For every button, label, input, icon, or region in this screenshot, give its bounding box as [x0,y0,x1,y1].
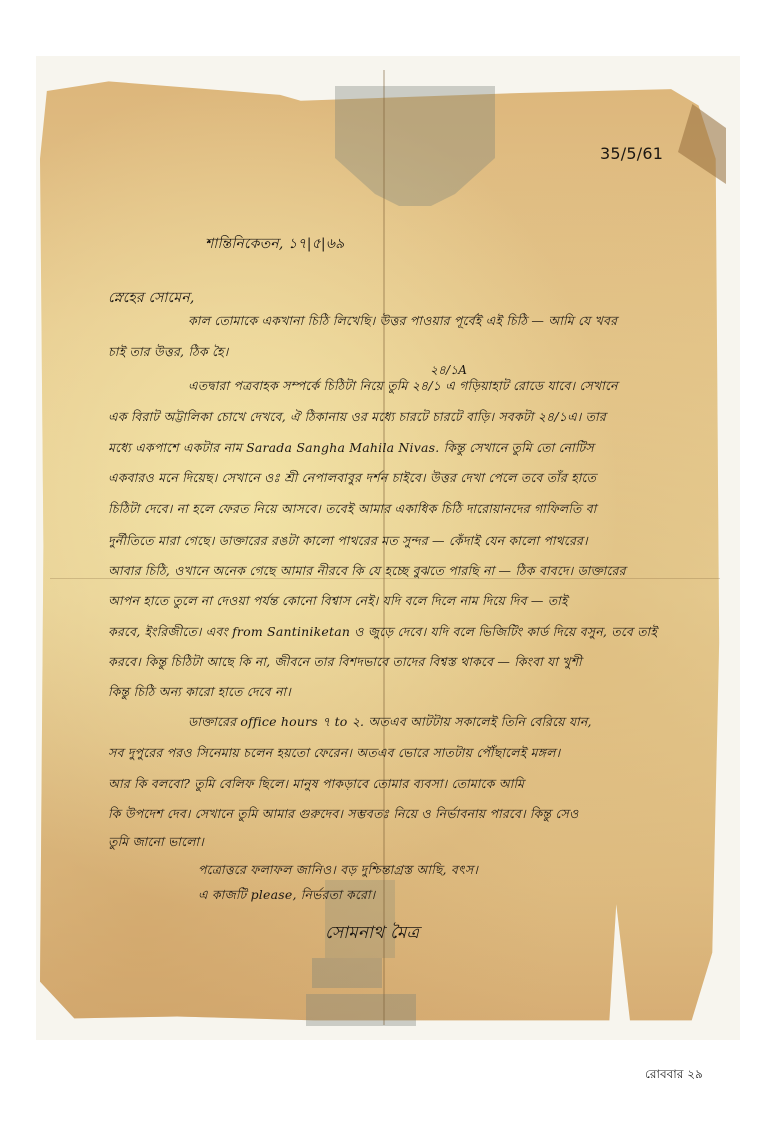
body-line: আপন হাতে তুলে না দেওয়া পর্যন্ত কোনো বিশ… [108,593,718,609]
body-line: চাই তার উত্তর, ঠিক হৈ। [108,344,718,360]
body-line: তুমি জানো ভালো। [108,834,718,850]
tape-stain-bottom [312,958,382,988]
body-line: কিন্তু চিঠি অন্য কারো হাতে দেবে না। [108,684,718,700]
body-line: একবারও মনে দিয়েছ। সেখানে ওঃ শ্রী নেপালব… [108,470,718,486]
place-date: শান্তিনিকেতন, ১৭|৫|৬৯ [205,236,344,252]
reference-number: 35/5/61 [600,146,663,162]
tape-stain-bottom-lower [306,994,416,1026]
signature: সোমনাথ মৈত্র [325,925,419,941]
body-line: করবে, ইংরিজীতে। এবং from Santiniketan ও … [108,624,718,640]
body-line: সব দুপুরের পরও সিনেমায় চলেন হয়তো ফেরেন… [108,745,718,761]
body-line: ডাক্তারের office hours ৭ to ২. অতএব আটটা… [108,714,770,730]
body-line: এক বিরাট অট্টালিকা চোখে দেখবে, ঐ ঠিকানায… [108,409,718,425]
address-note: ২৪/১A [430,362,467,378]
body-line: কাল তোমাকে একখানা চিঠি লিখেছি। উত্তর পাও… [108,313,770,329]
body-line: করবে। কিন্তু চিঠিটা আছে কি না, জীবনে তার… [108,654,718,670]
page-footer: রোববার ২৯ [645,1066,703,1086]
body-line: কি উপদেশ দেব। সেখানে তুমি আমার গুরুদেব। … [108,806,718,822]
body-line: মধ্যে একপাশে একটার নাম Sarada Sangha Mah… [108,440,718,456]
body-line: আবার চিঠি, ওখানে অনেক গেছে আমার নীরবে কি… [108,563,718,579]
body-line: আর কি বলবো? তুমি বেলিফ ছিলে। মানুষ পাকড়… [108,776,718,792]
postscript-line: এ কাজটি please, নির্ভরতা করো। [198,887,375,903]
body-line: দুর্নীতিতে মারা গেছে। ডাক্তারের রঙটা কাল… [108,533,718,549]
body-line: এতদ্বারা পত্রবাহক সম্পর্কে চিঠিটা নিয়ে … [108,378,770,394]
salutation: স্নেহের সোমেন, [108,290,194,306]
body-line: চিঠিটা দেবে। না হলে ফেরত নিয়ে আসবে। তবে… [108,501,718,517]
postscript-line: পত্রোত্তরে ফলাফল জানিও। বড় দুশ্চিন্তাগ্… [198,862,478,878]
